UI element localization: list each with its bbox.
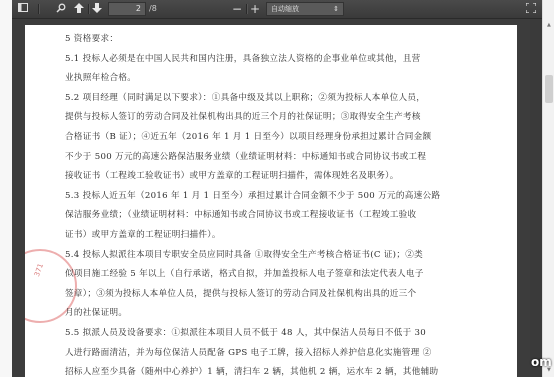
search-button[interactable] (54, 2, 68, 16)
zoom-level-value: 自动缩放 (271, 5, 299, 13)
fullscreen-button[interactable] (524, 2, 538, 16)
sidebar-toggle-icon (18, 3, 28, 15)
toolbar-separator (38, 4, 39, 14)
select-caret-icon: ⇕ (333, 3, 339, 15)
scroll-up-icon[interactable]: ▲ (547, 22, 551, 28)
previous-page-button[interactable] (72, 2, 86, 16)
toolbar-separator (246, 4, 247, 14)
zoom-level-select[interactable]: 自动缩放 ⇕ (266, 2, 344, 16)
doc-line: 5.1 投标人必须是在中国人民共和国内注册，具备独立法人资格的企事业单位或其他，… (65, 50, 485, 70)
doc-line: 月的社保证明。 (65, 304, 485, 324)
toolbar-separator (88, 4, 89, 14)
doc-line: 招标人应至少具备（随州中心养护）1 辆，清扫车 2 辆，其他机 2 辆，运水车 … (65, 363, 485, 377)
zoom-in-button[interactable]: + (248, 2, 262, 16)
document-page: 371 5 资格要求： 5.1 投标人必须是在中国人民共和国内注册，具备独立法人… (25, 25, 517, 377)
zoom-out-button[interactable]: − (230, 2, 244, 16)
doc-line: 业执照年检合格。 (65, 69, 485, 89)
doc-line: 合格证书（B 证）；④近五年（2016 年 1 月 1 日至今）以项目经理身份承… (65, 128, 485, 148)
minus-icon: − (232, 2, 242, 16)
toolbar: 2 /8 − + 自动缩放 ⇕ (12, 0, 542, 19)
doc-line: 不少于 500 万元的高速公路保洁服务业绩（业绩证明材料：中标通知书或合同协议书… (65, 148, 485, 168)
doc-line: 5.4 投标人拟派往本项目专职安全员应同时具备 ①取得安全生产考核合格证书(C … (65, 246, 485, 266)
arrow-up-icon (74, 3, 84, 16)
page-viewport[interactable]: 371 5 资格要求： 5.1 投标人必须是在中国人民共和国内注册，具备独立法人… (12, 19, 530, 377)
search-icon (56, 3, 66, 16)
page-total-label: /8 (149, 4, 157, 13)
document-text: 5 资格要求： 5.1 投标人必须是在中国人民共和国内注册，具备独立法人资格的企… (65, 30, 485, 377)
doc-line: 提供与投标人签订的劳动合同及社保机构出具的近三个月的社保证明；③取得安全生产考核 (65, 108, 485, 128)
doc-line: 5.5 拟派人员及设备要求：①拟派往本项目人员不低于 48 人，其中保洁人员每日… (65, 324, 485, 344)
doc-line: 证书）或甲方盖章的工程证明扫描件）。 (65, 226, 485, 246)
doc-line: 似项目施工经验 5 年以上（自行承诺，格式自拟，并加盖投标人电子签章和法定代表人… (65, 265, 485, 285)
doc-line: 人进行路面清洁，并为每位保洁人员配备 GPS 电子工牌，接入招标人养护信息化实施… (65, 344, 485, 364)
doc-line: 保洁服务业绩；（业绩证明材料：中标通知书或合同协议书或工程接收证书（工程竣工验收 (65, 206, 485, 226)
fullscreen-icon (526, 3, 536, 16)
pdf-viewer: 2 /8 − + 自动缩放 ⇕ 371 5 资格要求： 5.1 投标人必须是在中… (12, 0, 542, 377)
doc-line: 5.3 投标人近五年（2016 年 1 月 1 日至今）承担过累计合同金额不少于… (65, 187, 485, 207)
doc-line: 5 资格要求： (65, 30, 485, 50)
doc-line: 签章）；③须为投标人本单位人员，提供与投标人签订的劳动合同及社保机构出具的近三个 (65, 285, 485, 305)
scrollbar-thumb[interactable] (545, 75, 553, 103)
sidebar-toggle-button[interactable] (16, 2, 30, 16)
page-number-input[interactable]: 2 (108, 2, 146, 16)
viewer-scrollbar-track[interactable] (530, 19, 542, 377)
watermark-text: om (531, 355, 552, 369)
doc-line: 接收证书（工程竣工验收证书）或甲方盖章的工程证明扫描件，需体现姓名及职务）。 (65, 167, 485, 187)
outer-scrollbar[interactable]: ▲ ▼ (542, 0, 554, 377)
doc-line: 5.2 项目经理（同时满足以下要求）：①具备中级及其以上职称；②须为投标人本单位… (65, 89, 485, 109)
arrow-down-icon (92, 3, 102, 16)
plus-icon: + (250, 2, 260, 16)
next-page-button[interactable] (90, 2, 104, 16)
